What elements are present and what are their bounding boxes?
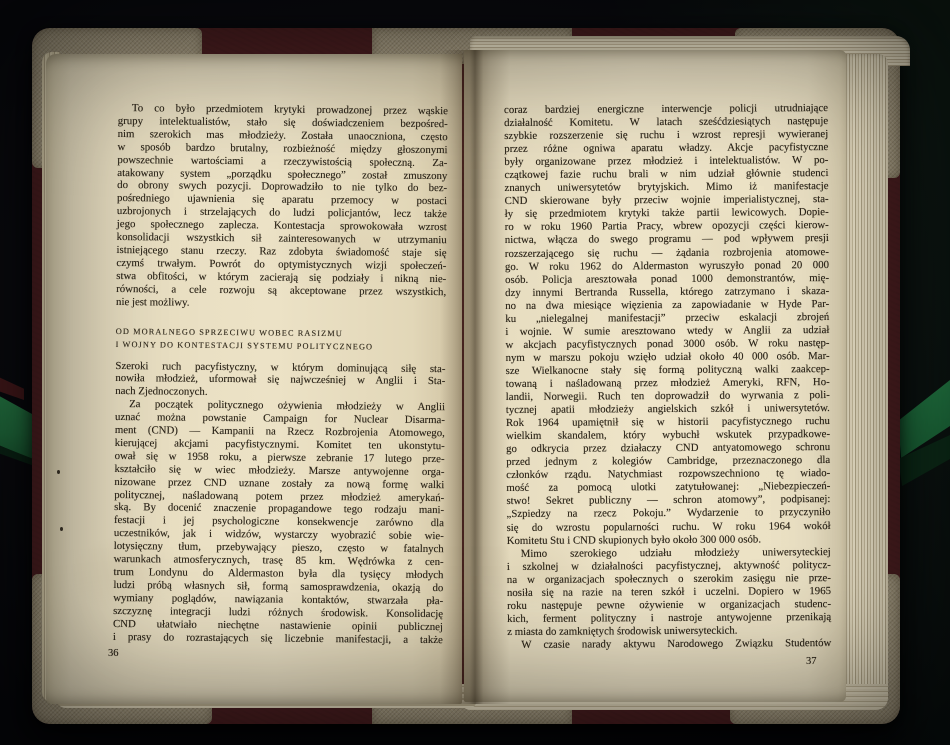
left-page-number: 36 — [108, 648, 119, 659]
paragraph: Mimo szerokiego udziału młodzieży uniwer… — [507, 546, 832, 639]
paper-speck — [57, 470, 60, 474]
page-edges-fore-edge-right — [844, 54, 888, 706]
paragraph: Szeroki ruch pacyfistyczny, w którym dom… — [115, 359, 445, 401]
text-line: kich, ferment polityczny i nastroje anty… — [507, 611, 831, 626]
heading-line: I WOJNY DO KONTESTACJI SYSTEMU POLITYCZN… — [116, 337, 446, 353]
paragraph: Za początek politycznego ożywienia młodz… — [113, 398, 445, 646]
left-page-text: To co było przedmiotem krytyki prowadzon… — [113, 102, 448, 647]
paragraph: W czasie narady aktywu Narodowego Związk… — [507, 637, 831, 652]
gutter-shadow — [440, 50, 510, 704]
paragraph: To co było przedmiotem krytyki prowadzon… — [116, 102, 448, 312]
book: To co było przedmiotem krytyki prowadzon… — [32, 28, 900, 724]
right-page-text: coraz bardziej energiczne interwencje po… — [504, 102, 831, 652]
photo-background: To co było przedmiotem krytyki prowadzon… — [0, 0, 950, 745]
text-line: „Szpiedzy na rzecz Pokoju.” Wydarzenie t… — [506, 506, 830, 521]
text-line: się do wzrostu popularności ruchu. W rok… — [507, 520, 831, 535]
section-heading: OD MORALNEGO SPRZECIWU WOBEC RASIZMUI WO… — [116, 324, 446, 353]
paper-speck — [60, 527, 63, 531]
text-line: nictwa, włącza do swego programu — pod w… — [505, 232, 829, 247]
right-page-number: 37 — [806, 656, 817, 667]
paragraph: coraz bardziej energiczne interwencje po… — [504, 102, 831, 548]
text-line: W czasie narady aktywu Narodowego Związk… — [507, 637, 831, 652]
